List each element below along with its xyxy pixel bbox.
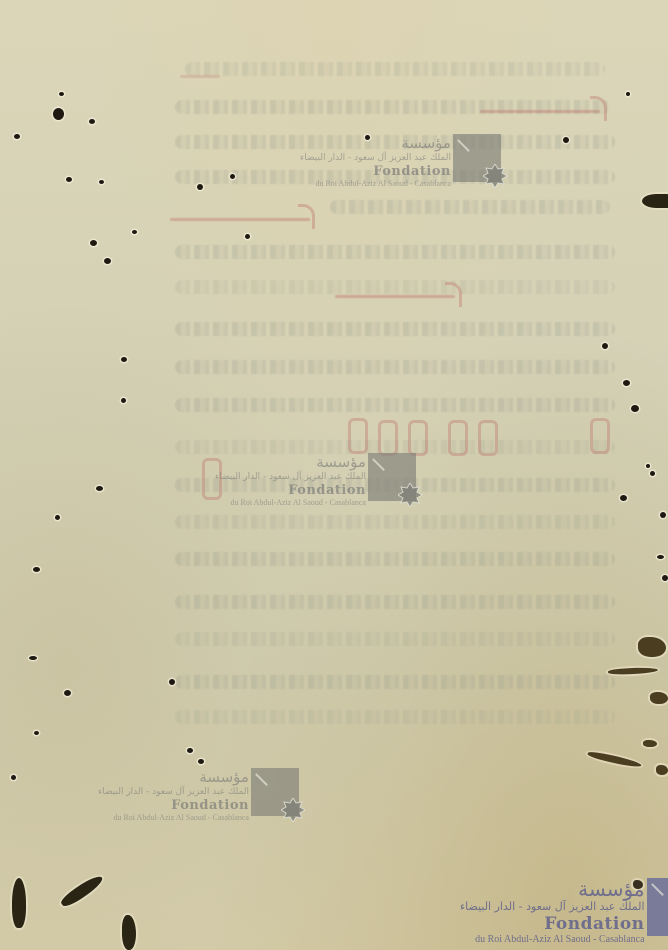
watermark-french-title: Fondation [373,164,451,179]
watermark-arabic-title: مؤسسة [199,768,249,786]
watermark-french-subtitle: du Roi Abdul-Aziz Al Saoud - Casablanca [113,813,249,823]
watermark-arabic-title: مؤسسة [401,134,451,152]
watermark-arabic-subtitle: الملك عبد العزيز آل سعود - الدار البيضاء [215,471,366,483]
watermark-french-subtitle: du Roi Abdul-Aziz Al Saoud - Casablanca [230,498,366,508]
watermark-french-subtitle: du Roi Abdul-Aziz Al Saoud - Casablanca [475,934,644,946]
watermark-arabic-subtitle: الملك عبد العزيز آل سعود - الدار البيضاء [460,900,645,914]
watermark-french-title: Fondation [288,483,366,498]
watermark-middle: مؤسسة الملك عبد العزيز آل سعود - الدار ا… [215,453,416,508]
manuscript-page: مؤسسة الملك عبد العزيز آل سعود - الدار ا… [0,0,668,950]
square-with-star-icon [453,134,501,182]
square-with-star-icon [368,453,416,501]
square-with-star-icon [647,878,668,936]
watermark-arabic-subtitle: الملك عبد العزيز آل سعود - الدار البيضاء [98,786,249,798]
square-with-star-icon [251,768,299,816]
watermark-top: مؤسسة الملك عبد العزيز آل سعود - الدار ا… [300,134,501,189]
watermark-lower-left: مؤسسة الملك عبد العزيز آل سعود - الدار ا… [98,768,299,823]
watermark-arabic-title: مؤسسة [578,878,644,900]
watermark-french-title: Fondation [544,914,644,934]
watermark-arabic-title: مؤسسة [316,453,366,471]
watermark-french-subtitle: du Roi Abdul-Aziz Al Saoud - Casablanca [315,179,451,189]
watermark-arabic-subtitle: الملك عبد العزيز آل سعود - الدار البيضاء [300,152,451,164]
watermark-bottom-right: مؤسسة الملك عبد العزيز آل سعود - الدار ا… [460,878,668,946]
watermark-french-title: Fondation [171,798,249,813]
